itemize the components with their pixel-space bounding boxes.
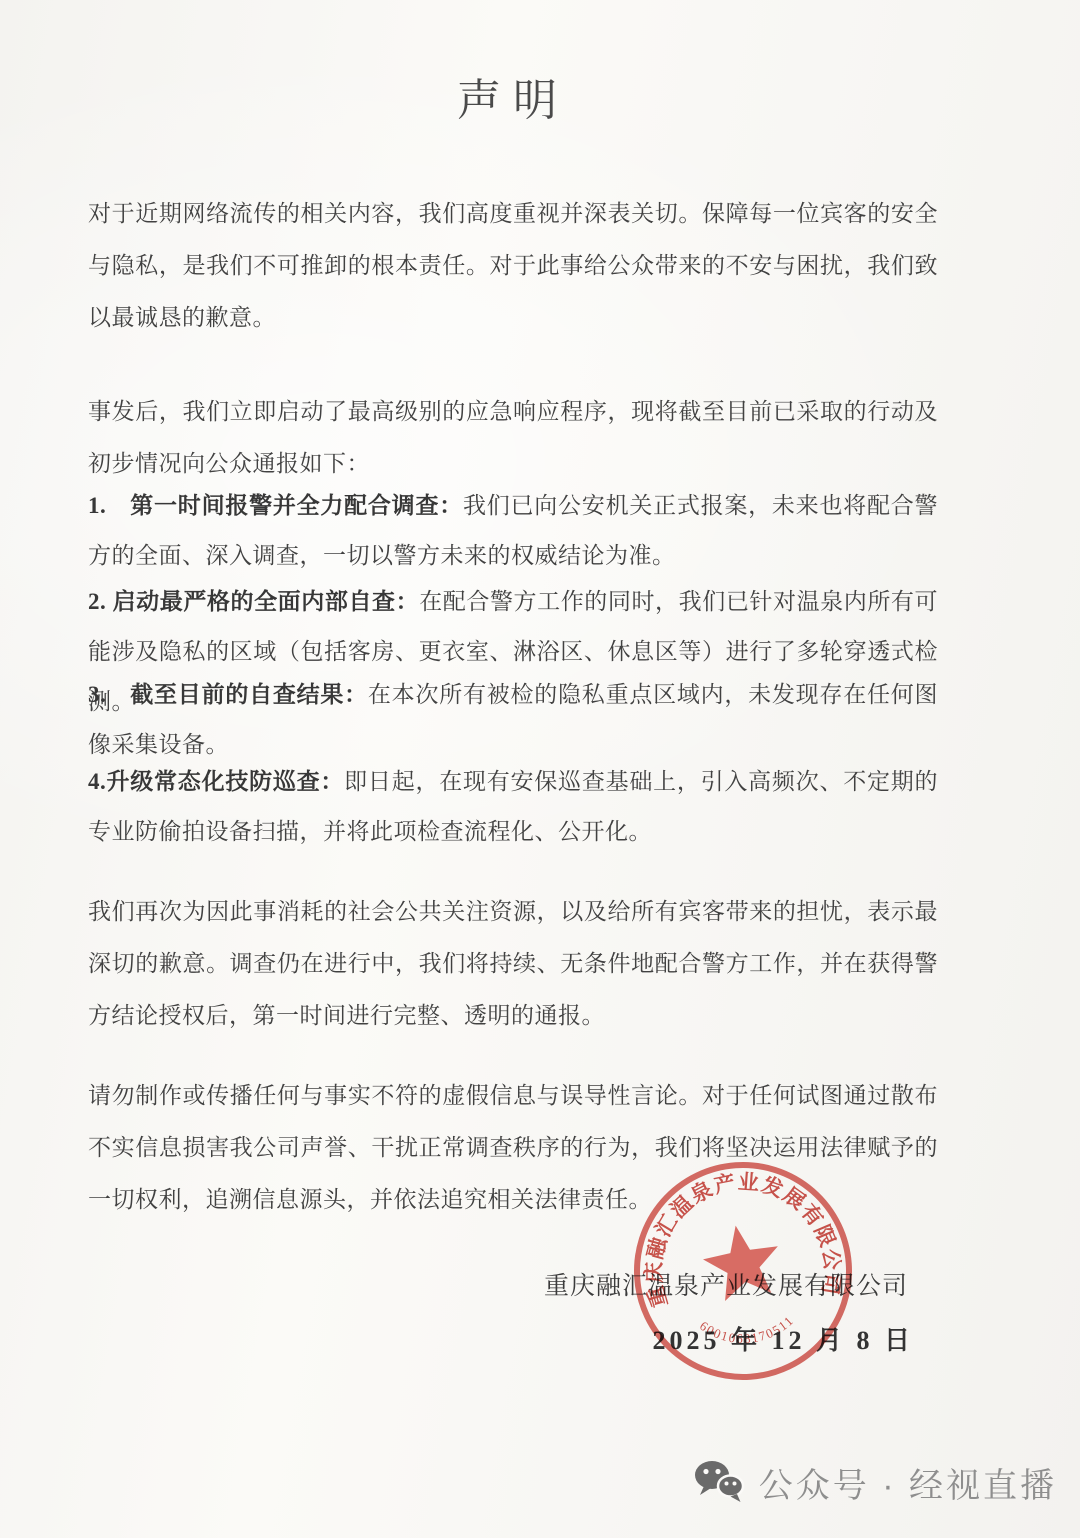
wechat-icon bbox=[693, 1459, 745, 1505]
list-item-3-lead: 3. 截至目前的自查结果： bbox=[88, 682, 368, 707]
watermark-text: 公众号 · 经视直播 bbox=[759, 1458, 1057, 1507]
actions-intro-paragraph: 事发后，我们立即启动了最高级别的应急响应程序，现将截至目前已采取的行动及初步情况… bbox=[88, 386, 938, 490]
list-item-1-lead: 1. 第一时间报警并全力配合调查： bbox=[88, 493, 463, 518]
intro-paragraph: 对于近期网络流传的相关内容，我们高度重视并深表关切。保障每一位宾客的安全与隐私，… bbox=[88, 188, 938, 344]
company-seal: 重庆融汇温泉产业发展有限公司 6001068170511 bbox=[616, 1144, 870, 1398]
watermark: 公众号 · 经视直播 bbox=[0, 1450, 1057, 1514]
list-item-4-lead: 4.升级常态化技防巡查： bbox=[88, 769, 344, 794]
list-item-2-lead: 2. 启动最严格的全面内部自查： bbox=[88, 589, 419, 614]
document-title: 声明 bbox=[88, 64, 938, 128]
company-seal-graphic: 重庆融汇温泉产业发展有限公司 6001068170511 bbox=[616, 1144, 870, 1398]
list-item-3: 3. 截至目前的自查结果：在本次所有被检的隐私重点区域内，未发现存在任何图像采集… bbox=[88, 670, 938, 770]
statement-document: 声明 对于近期网络流传的相关内容，我们高度重视并深表关切。保障每一位宾客的安全与… bbox=[0, 0, 1080, 1538]
seal-serial-text: 6001068170511 bbox=[696, 1312, 798, 1350]
list-item-1: 1. 第一时间报警并全力配合调查：我们已向公安机关正式报案，未来也将配合警方的全… bbox=[88, 481, 938, 581]
seal-star bbox=[698, 1219, 785, 1303]
list-item-4: 4.升级常态化技防巡查：即日起，在现有安保巡查基础上，引入高频次、不定期的专业防… bbox=[88, 757, 938, 857]
apology-paragraph: 我们再次为因此事消耗的社会公共关注资源，以及给所有宾客带来的担忧，表示最深切的歉… bbox=[88, 886, 938, 1042]
